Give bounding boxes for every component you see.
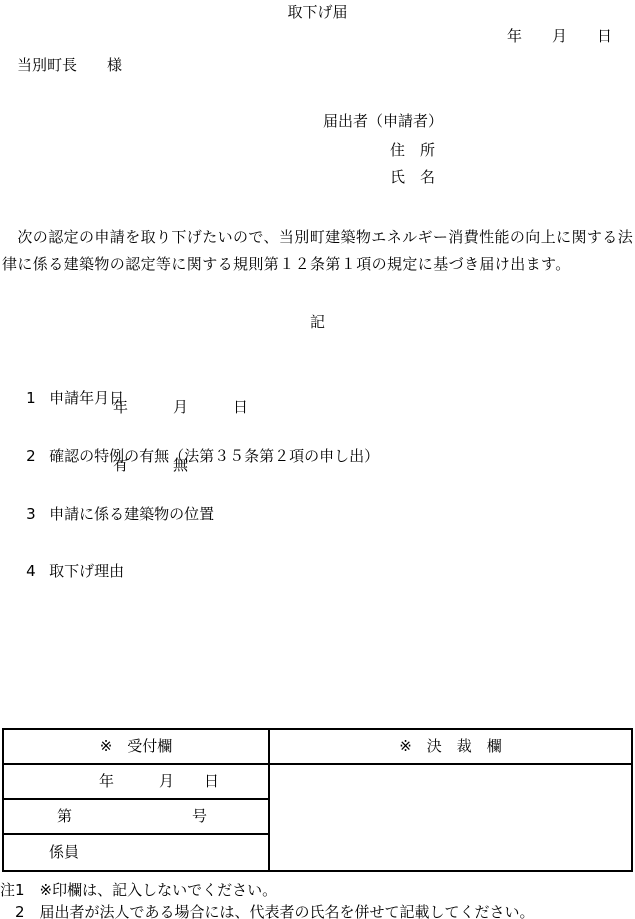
item-2-yes-no-options: 有 無 <box>113 456 188 475</box>
date-line: 年 月 日 <box>507 27 612 46</box>
list-item-1: 1申請年月日 <box>7 370 124 427</box>
footnote-1: 注1 ※印欄は、記入しないでください。 <box>0 881 277 900</box>
reception-staff-label: 係員 <box>49 843 79 862</box>
approval-header-cell: ※ 決 裁 欄 <box>270 730 631 765</box>
ki-heading: 記 <box>0 313 635 332</box>
withdrawal-notification-form: 取下げ届 年 月 日 当別町長 様 届出者（申請者） 住 所 氏 名 次の認定の… <box>0 0 635 919</box>
list-item-4: 4取下げ理由 <box>7 543 124 600</box>
item-2-label: 確認の特例の有無（法第３５条第２項の申し出） <box>49 447 379 465</box>
reception-header-cell: ※ 受付欄 <box>4 730 270 765</box>
body-paragraph-line-2: 律に係る建築物の認定等に関する規則第１２条第１項の規定に基づき届け出ます。 <box>2 255 571 274</box>
reception-date-cell: 年 月 日 <box>4 765 270 800</box>
reception-header-label: ※ 受付欄 <box>100 737 173 756</box>
reception-staff-cell: 係員 <box>4 835 270 870</box>
page-title: 取下げ届 <box>0 3 635 22</box>
item-4-label: 取下げ理由 <box>49 562 124 580</box>
item-3-label: 申請に係る建築物の位置 <box>49 505 214 523</box>
addressee-line: 当別町長 様 <box>17 56 122 75</box>
footnote-2: 2 届出者が法人である場合には、代表者の氏名を併せて記載してください。 <box>0 903 535 919</box>
applicant-label: 届出者（申請者） <box>323 112 443 131</box>
reception-date-blank: 年 月 日 <box>99 772 219 791</box>
item-4-number: 4 <box>26 562 49 581</box>
name-label: 氏 名 <box>390 168 435 187</box>
body-paragraph-line-1: 次の認定の申請を取り下げたいので、当別町建築物エネルギー消費性能の向上に関する法 <box>2 228 633 247</box>
item-1-number: 1 <box>26 389 49 408</box>
item-2-number: 2 <box>26 447 49 466</box>
approval-header-label: ※ 決 裁 欄 <box>399 737 502 756</box>
list-item-3: 3申請に係る建築物の位置 <box>7 486 214 543</box>
item-3-number: 3 <box>26 505 49 524</box>
reception-approval-table: ※ 受付欄 ※ 決 裁 欄 年 月 日 第 号 係員 <box>2 728 633 872</box>
reception-number-cell: 第 号 <box>4 800 270 835</box>
reception-number-blank: 第 号 <box>57 807 207 826</box>
list-item-2: 2確認の特例の有無（法第３５条第２項の申し出） <box>7 428 379 485</box>
approval-body-cell <box>270 765 631 870</box>
item-1-date-blank: 年 月 日 <box>113 398 248 417</box>
address-label: 住 所 <box>390 141 435 160</box>
